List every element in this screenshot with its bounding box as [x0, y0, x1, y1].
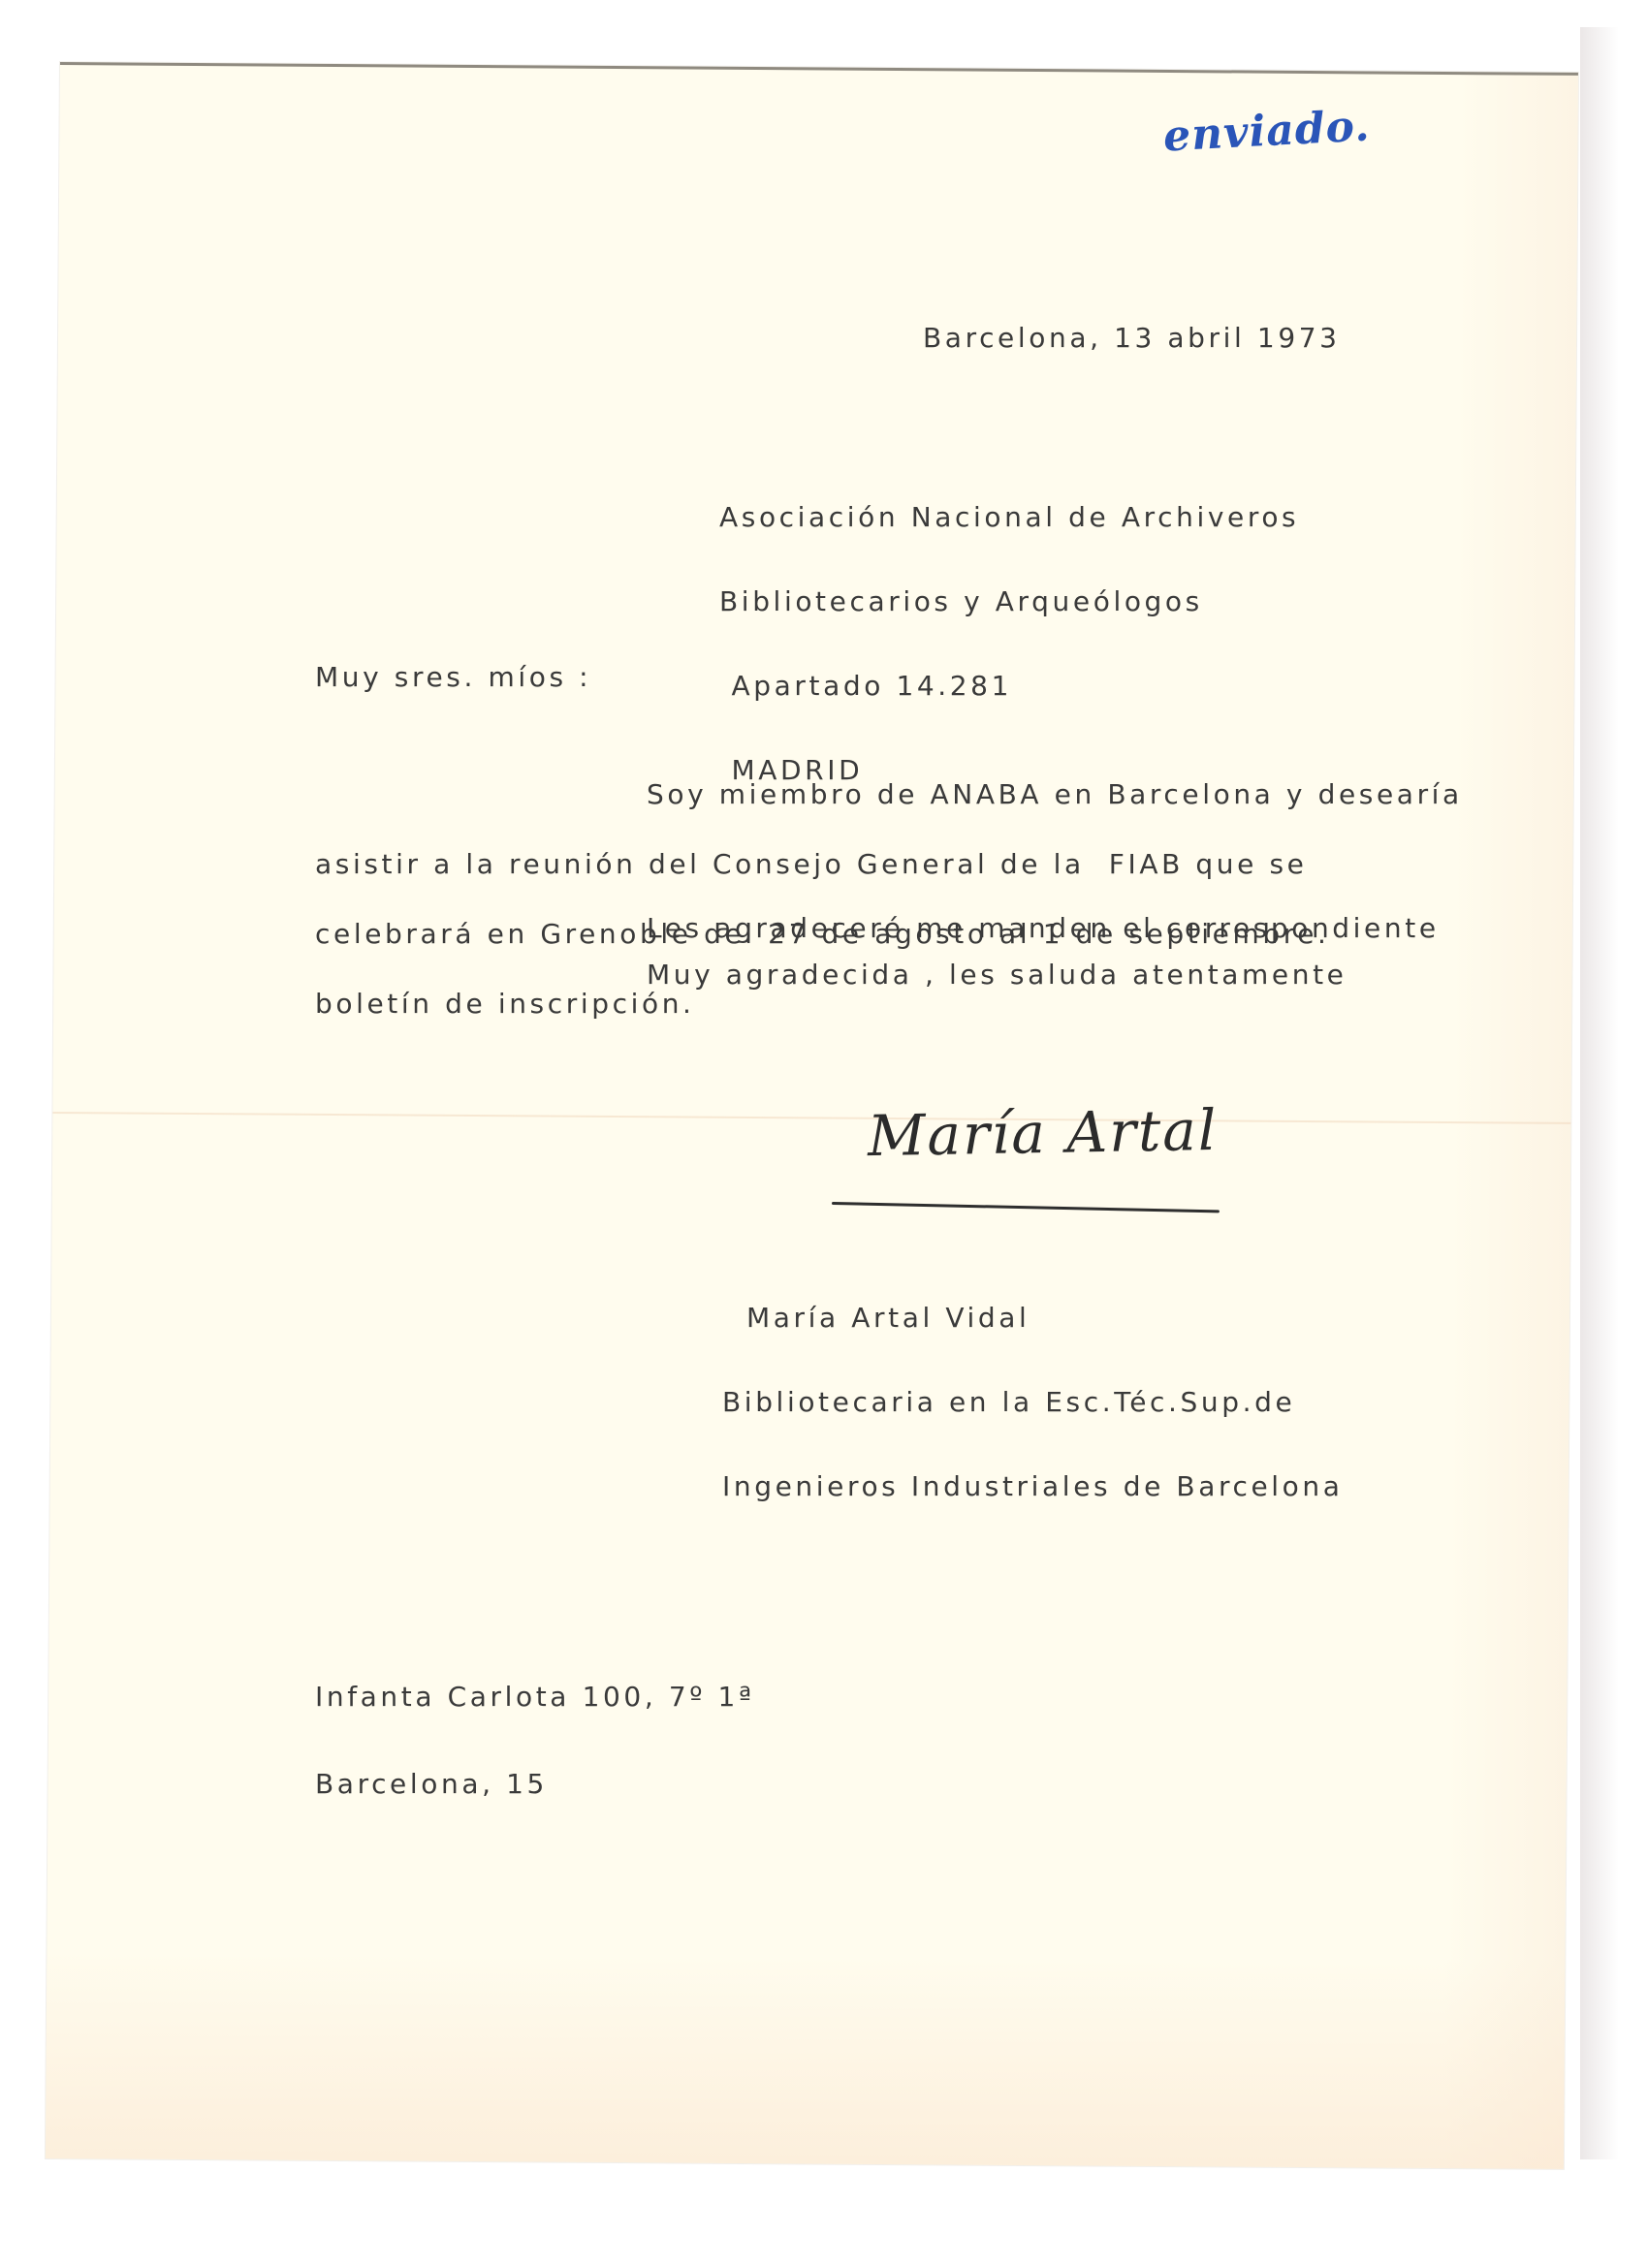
recipient-line: Asociación Nacional de Archiveros: [719, 503, 1299, 531]
paper-fold-line: [52, 1112, 1570, 1124]
recipient-line: Apartado 14.281: [719, 672, 1299, 700]
letter-page: [46, 62, 1578, 2169]
signer-title: Bibliotecaria en la Esc.Téc.Sup.de: [722, 1388, 1344, 1416]
salutation: Muy sres. míos :: [315, 662, 591, 692]
paragraph-line: Soy miembro de ANABA en Barcelona y dese…: [647, 778, 1463, 810]
paragraph-line: Les agradeceré me manden el correspondie…: [647, 912, 1440, 944]
handwritten-signature: María Artal: [867, 1097, 1218, 1169]
recipient-line: Bibliotecarios y Arqueólogos: [719, 587, 1299, 615]
closing-line: Muy agradecida , les saluda atentamente: [647, 960, 1347, 990]
sender-address-line: Barcelona, 15: [315, 1770, 755, 1799]
body-paragraph-2: Les agradeceré me manden el correspondie…: [315, 866, 1440, 1042]
sender-address-block: Infanta Carlota 100, 7º 1ª Barcelona, 15: [315, 1624, 755, 1828]
paragraph-line: boletín de inscripción.: [315, 992, 1440, 1017]
letter-date: Barcelona, 13 abril 1973: [923, 323, 1341, 353]
signer-institution: Ingenieros Industriales de Barcelona: [722, 1472, 1344, 1500]
signer-block: María Artal Vidal Bibliotecaria en la Es…: [722, 1247, 1344, 1528]
scan-edge-shadow: [1580, 27, 1619, 2159]
sender-address-line: Infanta Carlota 100, 7º 1ª: [315, 1683, 755, 1712]
signer-name: María Artal Vidal: [722, 1304, 1344, 1332]
